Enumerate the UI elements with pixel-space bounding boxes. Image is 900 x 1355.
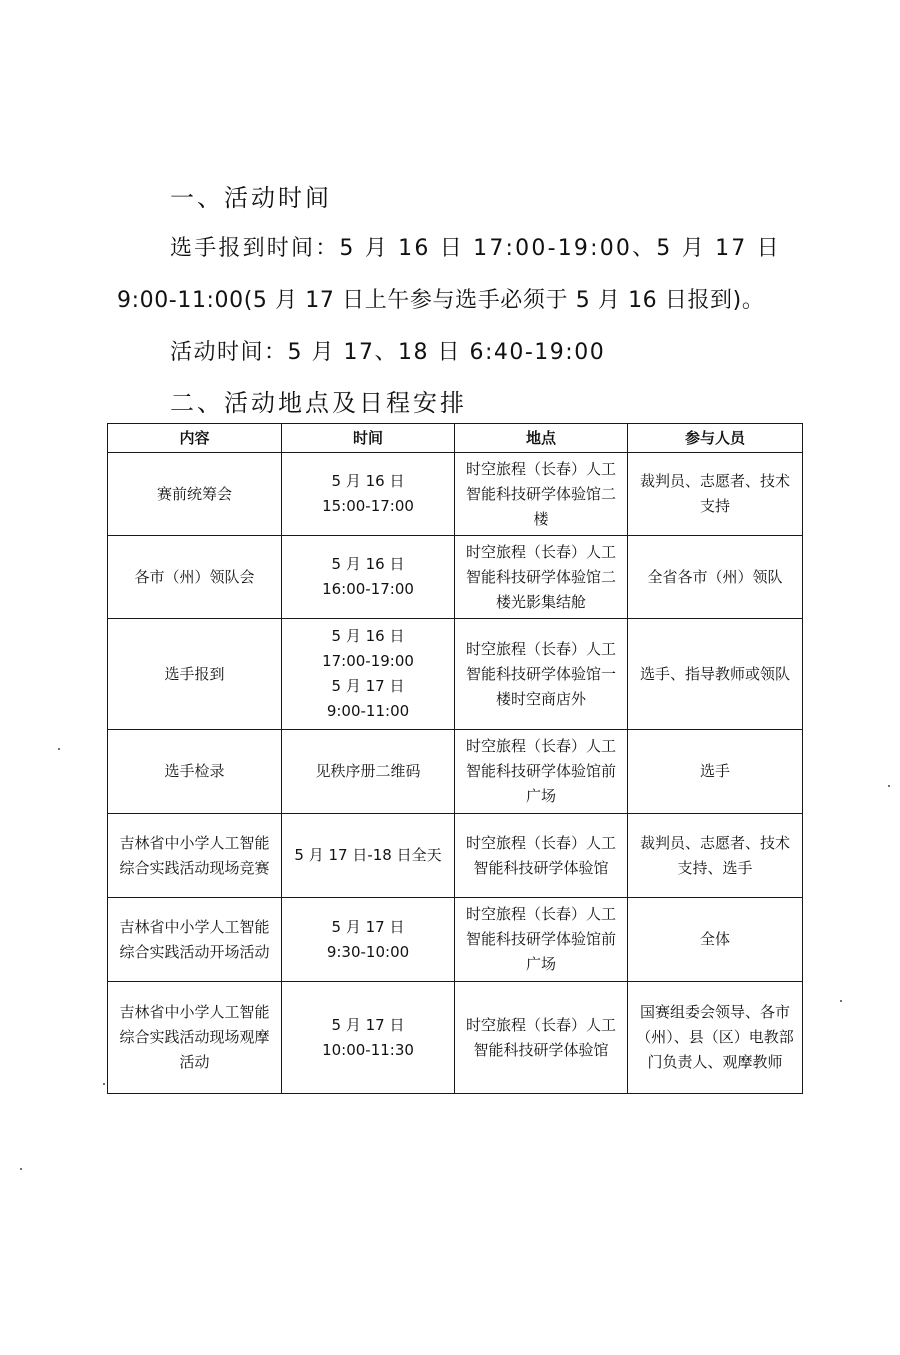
table-row: 各市（州）领队会 5 月 16 日16:00-17:00 时空旅程（长春）人工智… [108,536,803,619]
cell-time: 5 月 16 日17:00-19:005 月 17 日9:00-11:00 [282,619,455,730]
header-content: 内容 [108,424,282,453]
scan-speck [58,748,60,750]
section-heading-time: 一、活动时间 [170,178,332,213]
cell-content: 选手检录 [108,730,282,814]
cell-content: 各市（州）领队会 [108,536,282,619]
section-heading-schedule: 二、活动地点及日程安排 [170,383,467,418]
cell-location: 时空旅程（长春）人工智能科技研学体验馆二楼 [455,453,628,536]
cell-participants: 选手 [628,730,803,814]
table-row: 选手检录 见秩序册二维码 时空旅程（长春）人工智能科技研学体验馆前广场 选手 [108,730,803,814]
cell-participants: 全省各市（州）领队 [628,536,803,619]
cell-time: 5 月 16 日16:00-17:00 [282,536,455,619]
scan-speck [103,1083,105,1085]
cell-content: 吉林省中小学人工智能综合实践活动现场竞赛 [108,814,282,898]
table-row: 赛前统筹会 5 月 16 日15:00-17:00 时空旅程（长春）人工智能科技… [108,453,803,536]
activity-time-line: 活动时间：5 月 17、18 日 6:40-19:00 [170,335,605,366]
header-time: 时间 [282,424,455,453]
schedule-table: 内容 时间 地点 参与人员 赛前统筹会 5 月 16 日15:00-17:00 … [107,423,803,1094]
cell-time: 5 月 17 日-18 日全天 [282,814,455,898]
cell-participants: 全体 [628,898,803,982]
cell-time: 见秩序册二维码 [282,730,455,814]
cell-time: 5 月 16 日15:00-17:00 [282,453,455,536]
scan-speck [840,1000,842,1002]
table-row: 选手报到 5 月 16 日17:00-19:005 月 17 日9:00-11:… [108,619,803,730]
checkin-time-line-2: 9:00-11:00(5 月 17 日上午参与选手必须于 5 月 16 日报到)… [117,283,764,314]
cell-content: 吉林省中小学人工智能综合实践活动开场活动 [108,898,282,982]
table-header-row: 内容 时间 地点 参与人员 [108,424,803,453]
cell-location: 时空旅程（长春）人工智能科技研学体验馆前广场 [455,898,628,982]
table-row: 吉林省中小学人工智能综合实践活动开场活动 5 月 17 日9:30-10:00 … [108,898,803,982]
scan-speck [888,785,890,787]
cell-participants: 国赛组委会领导、各市（州）、县（区）电教部门负责人、观摩教师 [628,982,803,1094]
cell-participants: 选手、指导教师或领队 [628,619,803,730]
cell-location: 时空旅程（长春）人工智能科技研学体验馆二楼光影集结舱 [455,536,628,619]
cell-content: 赛前统筹会 [108,453,282,536]
table-row: 吉林省中小学人工智能综合实践活动现场观摩活动 5 月 17 日10:00-11:… [108,982,803,1094]
cell-location: 时空旅程（长春）人工智能科技研学体验馆 [455,814,628,898]
cell-participants: 裁判员、志愿者、技术支持 [628,453,803,536]
checkin-time-line-1: 选手报到时间：5 月 16 日 17:00-19:00、5 月 17 日 [170,231,781,262]
cell-location: 时空旅程（长春）人工智能科技研学体验馆一楼时空商店外 [455,619,628,730]
cell-time: 5 月 17 日10:00-11:30 [282,982,455,1094]
cell-content: 选手报到 [108,619,282,730]
table-row: 吉林省中小学人工智能综合实践活动现场竞赛 5 月 17 日-18 日全天 时空旅… [108,814,803,898]
header-location: 地点 [455,424,628,453]
scan-speck [20,1168,22,1170]
cell-location: 时空旅程（长春）人工智能科技研学体验馆 [455,982,628,1094]
header-participants: 参与人员 [628,424,803,453]
cell-content: 吉林省中小学人工智能综合实践活动现场观摩活动 [108,982,282,1094]
cell-time: 5 月 17 日9:30-10:00 [282,898,455,982]
cell-participants: 裁判员、志愿者、技术支持、选手 [628,814,803,898]
cell-location: 时空旅程（长春）人工智能科技研学体验馆前广场 [455,730,628,814]
